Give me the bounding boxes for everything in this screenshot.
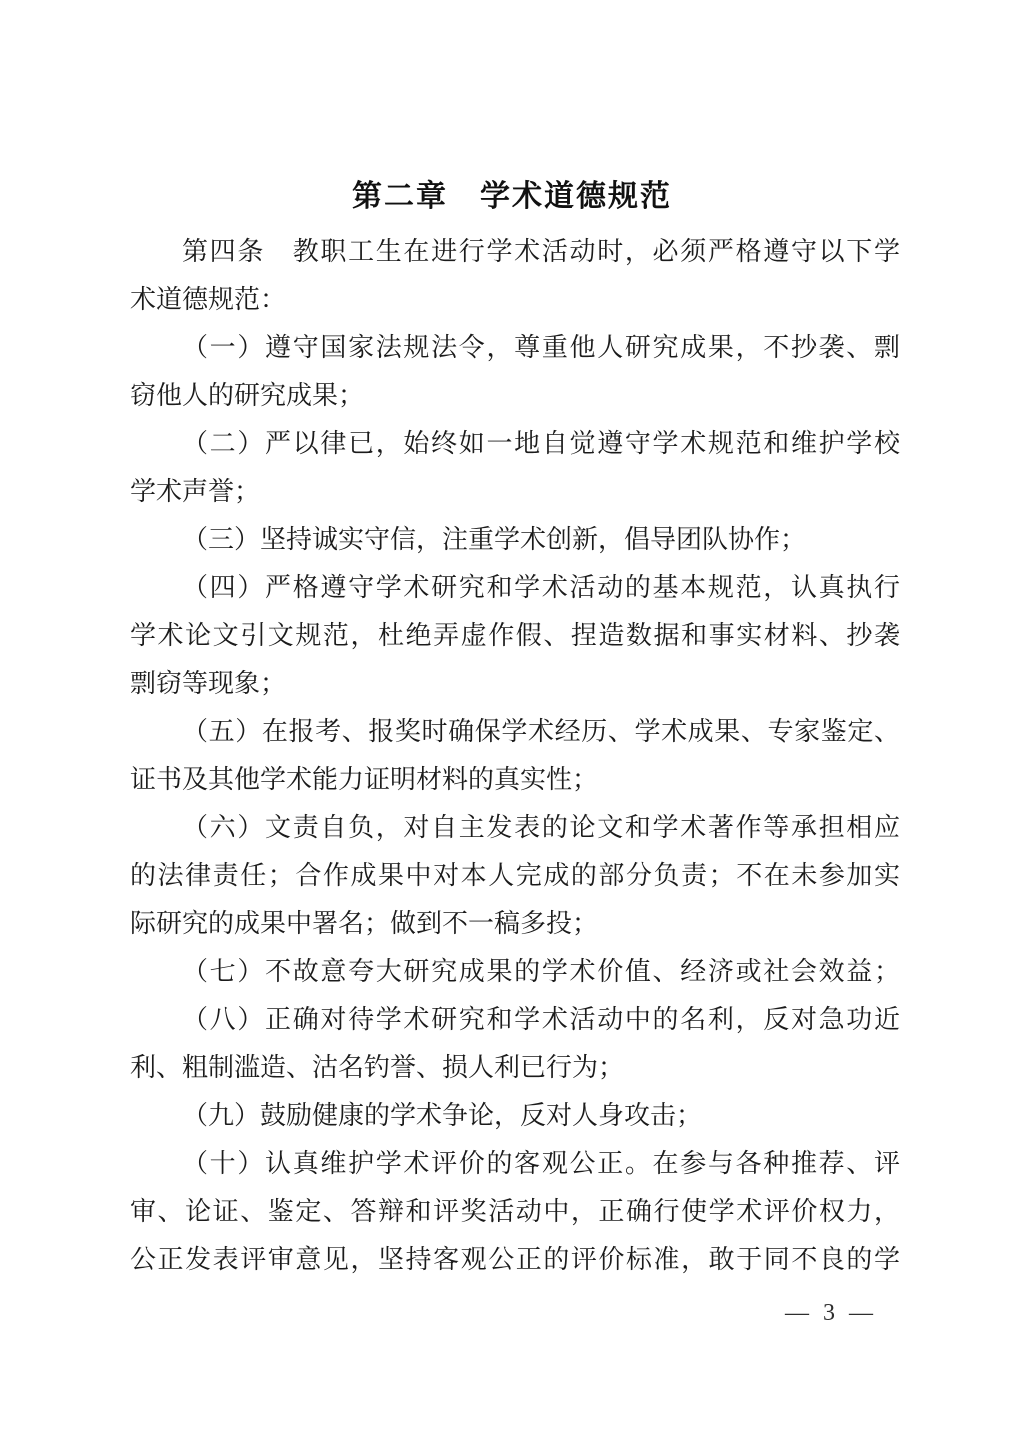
text-line: 学术声誉； <box>130 468 900 516</box>
text-line: 利、粗制滥造、沽名钓誉、损人利已行为； <box>130 1044 900 1092</box>
text-line: （七）不故意夸大研究成果的学术价值、经济或社会效益； <box>130 948 900 996</box>
text-line: 的法律责任；合作成果中对本人完成的部分负责；不在未参加实 <box>130 852 900 900</box>
document-page: 第二章 学术道德规范 第四条 教职工生在进行学术活动时，必须严格遵守以下学 术道… <box>0 0 1024 1448</box>
text-line: 剽窃等现象； <box>130 660 900 708</box>
chapter-title: 第二章 学术道德规范 <box>0 0 1024 214</box>
text-line: 审、论证、鉴定、答辩和评奖活动中，正确行使学术评价权力， <box>130 1188 900 1236</box>
text-line: （十）认真维护学术评价的客观公正。在参与各种推荐、评 <box>130 1140 900 1188</box>
text-line: 际研究的成果中署名；做到不一稿多投； <box>130 900 900 948</box>
document-body: 第四条 教职工生在进行学术活动时，必须严格遵守以下学 术道德规范： （一）遵守国… <box>130 228 900 1284</box>
text-line: （二）严以律已，始终如一地自觉遵守学术规范和维护学校 <box>130 420 900 468</box>
text-line: （九）鼓励健康的学术争论，反对人身攻击； <box>130 1092 900 1140</box>
text-line: 学术论文引文规范，杜绝弄虚作假、捏造数据和事实材料、抄袭 <box>130 612 900 660</box>
text-line: （四）严格遵守学术研究和学术活动的基本规范，认真执行 <box>130 564 900 612</box>
page-number: — 3 — <box>785 1298 877 1328</box>
text-line: 窃他人的研究成果； <box>130 372 900 420</box>
text-line: 证书及其他学术能力证明材料的真实性； <box>130 756 900 804</box>
text-line: （一）遵守国家法规法令，尊重他人研究成果，不抄袭、剽 <box>130 324 900 372</box>
text-line: （五）在报考、报奖时确保学术经历、学术成果、专家鉴定、 <box>130 708 900 756</box>
text-line: 第四条 教职工生在进行学术活动时，必须严格遵守以下学 <box>130 228 900 276</box>
text-line: 术道德规范： <box>130 276 900 324</box>
text-line: （三）坚持诚实守信，注重学术创新，倡导团队协作； <box>130 516 900 564</box>
text-line: （六）文责自负，对自主发表的论文和学术著作等承担相应 <box>130 804 900 852</box>
text-line: （八）正确对待学术研究和学术活动中的名利，反对急功近 <box>130 996 900 1044</box>
text-line: 公正发表评审意见，坚持客观公正的评价标准，敢于同不良的学 <box>130 1236 900 1284</box>
